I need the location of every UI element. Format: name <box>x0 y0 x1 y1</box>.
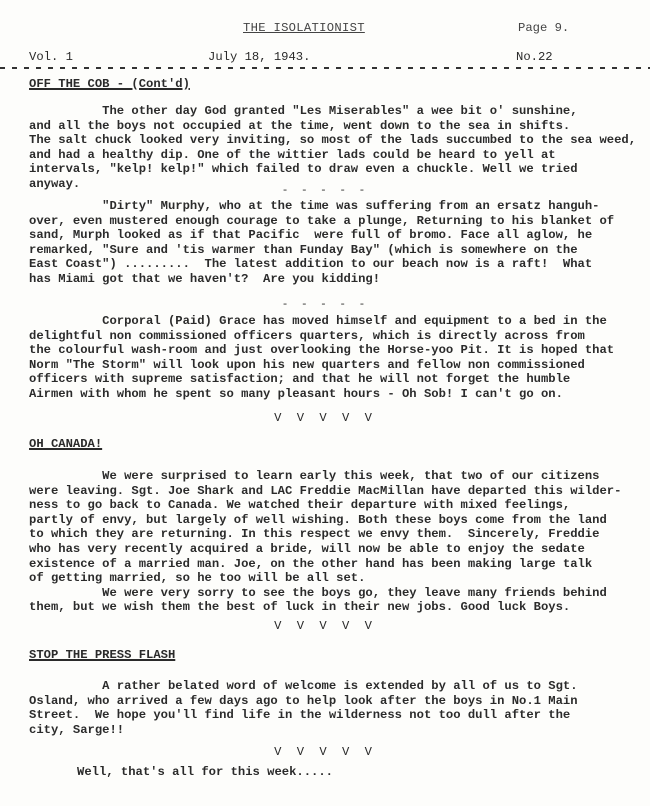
paragraph-grace: Corporal (Paid) Grace has moved himself … <box>29 314 629 402</box>
section-end-mark: V V V V V <box>0 619 650 633</box>
section-title-off-the-cob: OFF THE COB - (Cont'd) <box>29 77 190 91</box>
dashed-separator <box>0 67 650 69</box>
section-title-stop-the-press: STOP THE PRESS FLASH <box>29 648 175 662</box>
masthead-title: THE ISOLATIONIST <box>243 21 365 35</box>
issue-number: No.22 <box>516 50 553 64</box>
newsletter-page: THE ISOLATIONIST Page 9. Vol. 1 July 18,… <box>0 0 650 806</box>
section-end-mark: V V V V V <box>0 411 650 425</box>
paragraph-canada: We were surprised to learn early this we… <box>29 469 629 615</box>
issue-date: July 18, 1943. <box>208 50 310 64</box>
section-title-oh-canada: OH CANADA! <box>29 437 102 451</box>
closing-line: Well, that's all for this week..... <box>77 765 333 779</box>
paragraph-welcome: A rather belated word of welcome is exte… <box>29 679 629 737</box>
section-end-mark: V V V V V <box>0 745 650 759</box>
divider: - - - - - <box>0 299 650 311</box>
paragraph-sunshine: The other day God granted "Les Miserable… <box>29 104 629 192</box>
page-number: Page 9. <box>518 21 569 35</box>
paragraph-murphy: "Dirty" Murphy, who at the time was suff… <box>29 199 629 287</box>
divider: - - - - - <box>0 185 650 197</box>
volume-number: Vol. 1 <box>29 50 73 64</box>
